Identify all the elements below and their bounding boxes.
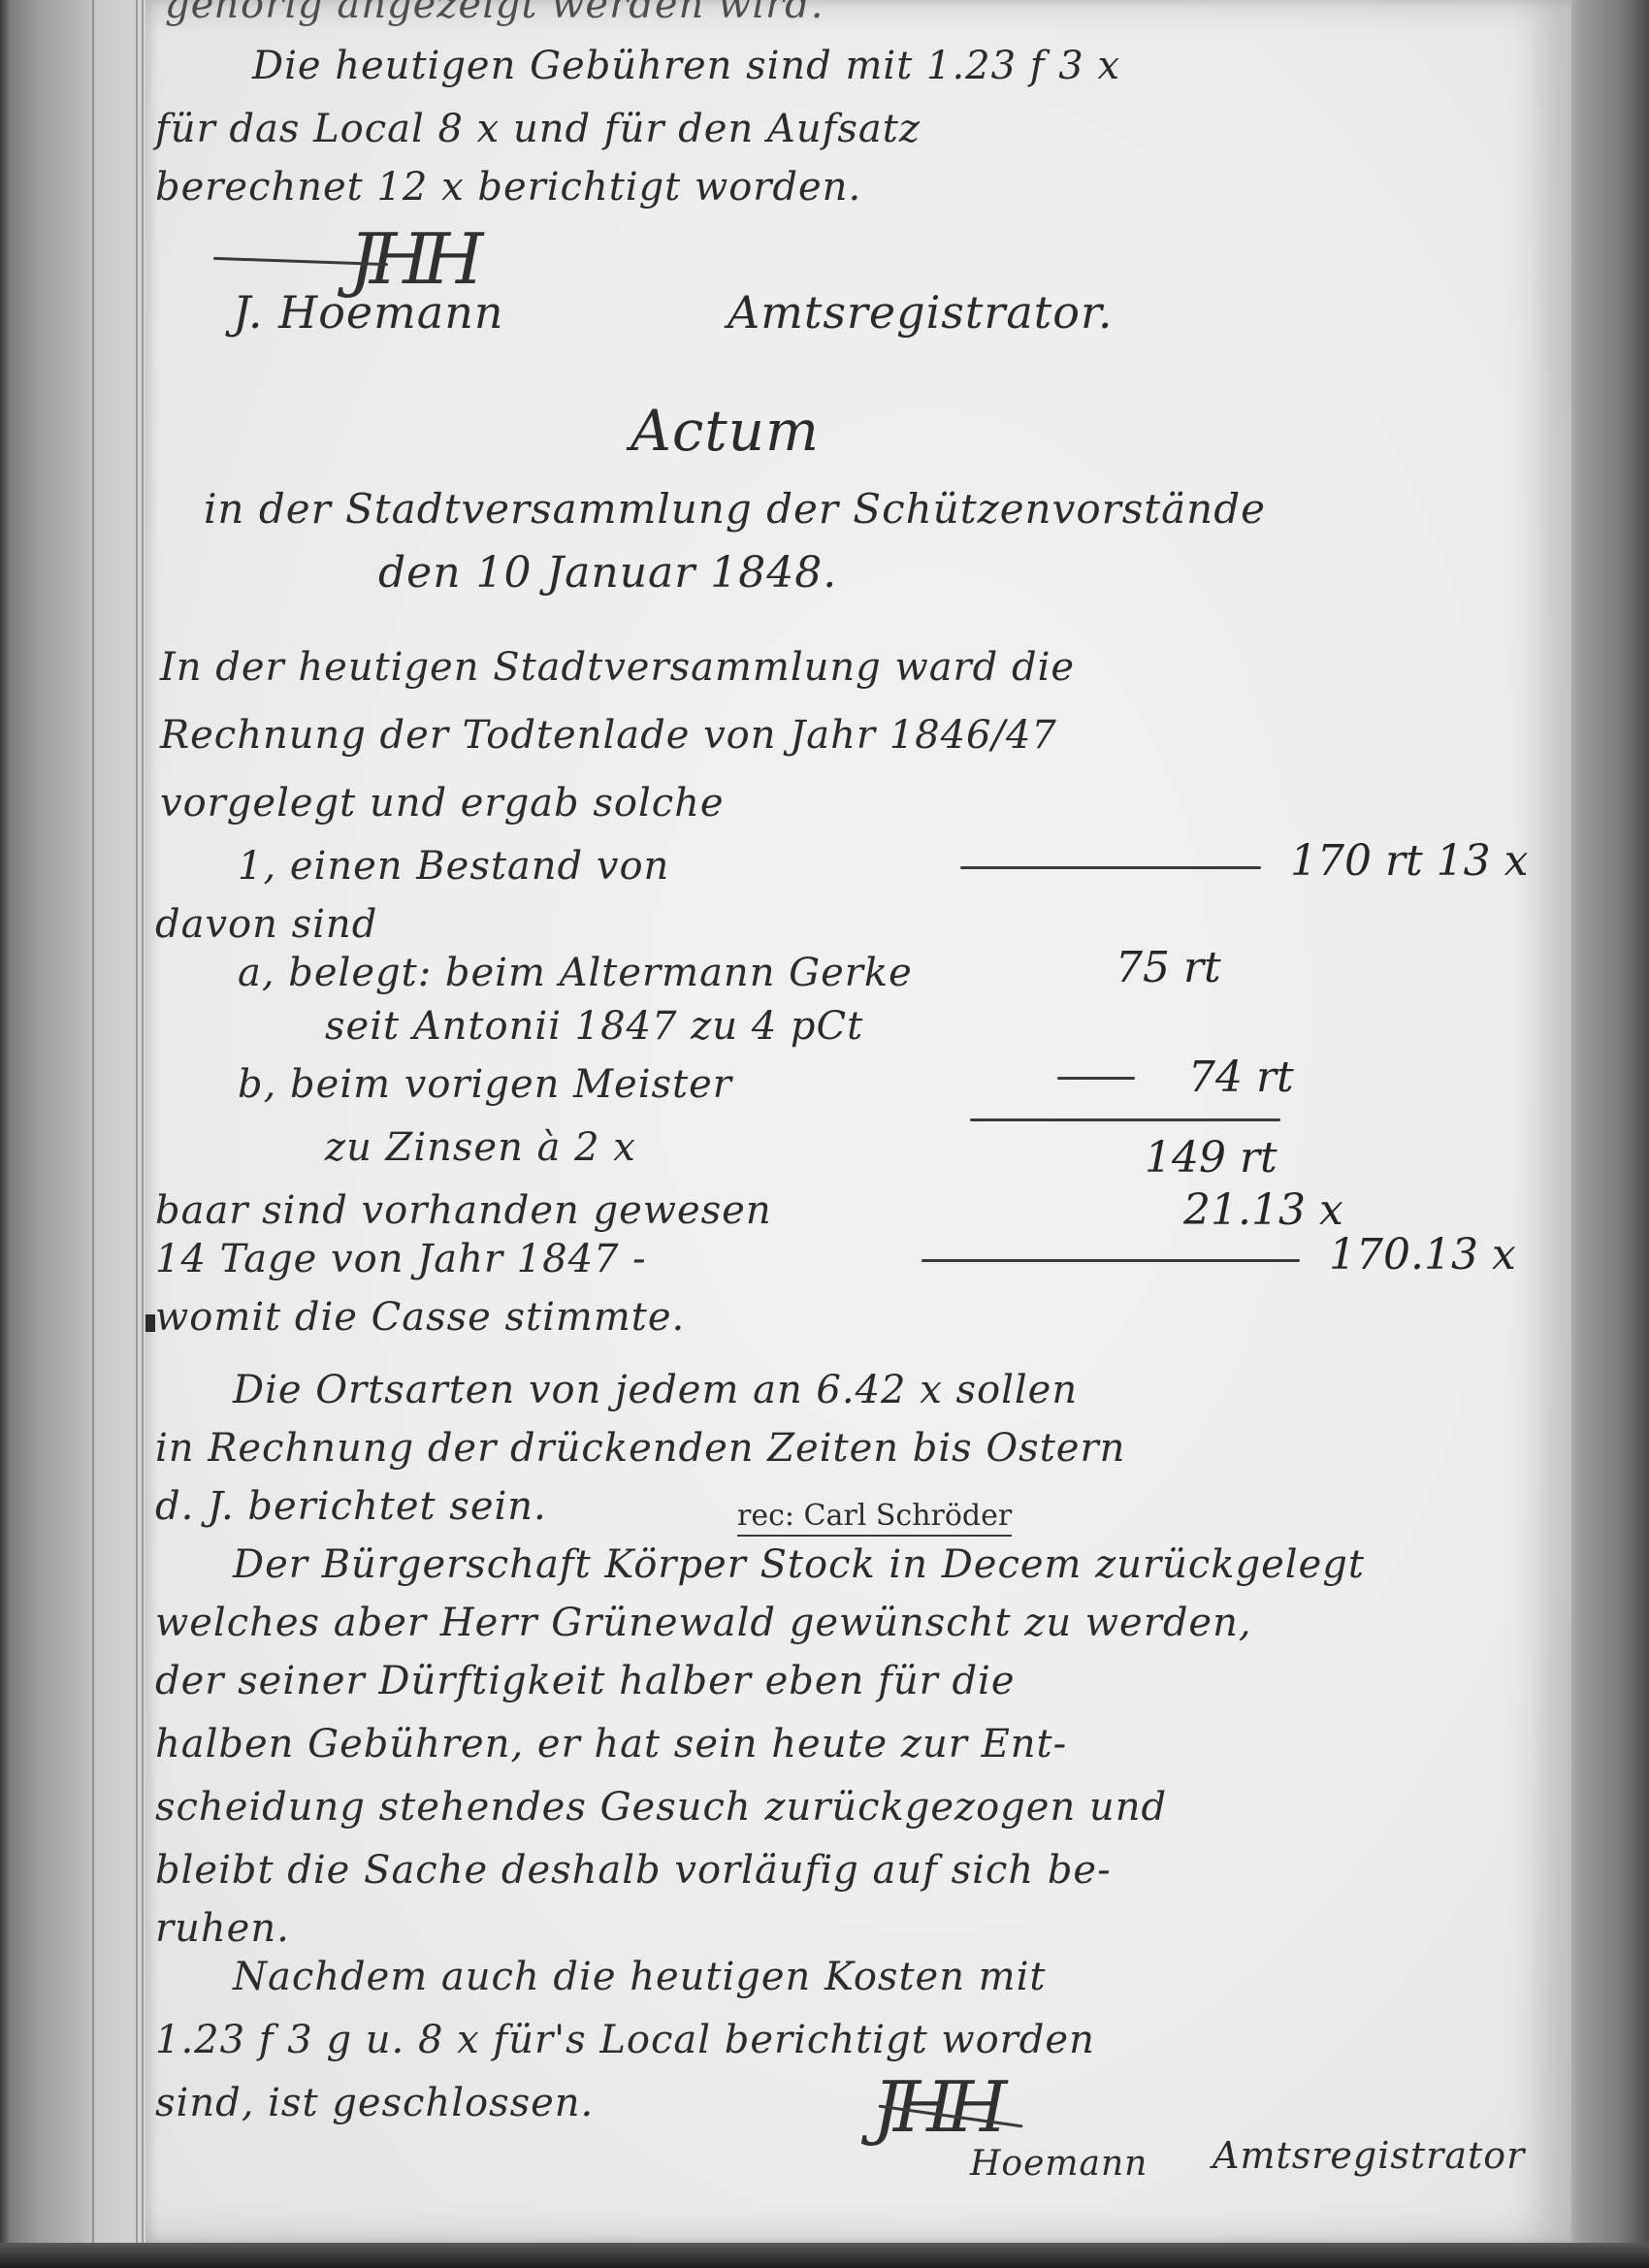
ledger-sum-line	[970, 1118, 1280, 1121]
ledger-item-1-label: 1, einen Bestand von	[238, 844, 669, 889]
binding-gutter-line	[92, 0, 94, 2268]
book-bottom-edge	[0, 2243, 1649, 2268]
body-line: bleibt die Sache deshalb vorläufig auf s…	[155, 1848, 1112, 1893]
signature-title: Amtsregistrator.	[727, 286, 1114, 339]
previous-entry-line: gehörig angezeigt werden wird.	[165, 0, 824, 27]
body-line: 1.23 f 3 g u. 8 x für's Local berichtigt…	[155, 2018, 1095, 2062]
intro-line: In der heutigen Stadtversammlung ward di…	[160, 645, 1075, 690]
entry-subheading: in der Stadtversammlung der Schützenvors…	[204, 485, 1266, 533]
ledger-item-b-label: b, beim vorigen Meister	[238, 1062, 732, 1107]
entry-heading: Actum	[630, 398, 820, 464]
body-line: scheidung stehendes Gesuch zurückgezogen…	[155, 1785, 1167, 1830]
binding-gutter-line	[142, 0, 144, 2268]
body-line: Der Bürgerschaft Körper Stock in Decem z…	[233, 1542, 1365, 1587]
body-line: der seiner Dürftigkeit halber eben für d…	[155, 1659, 1016, 1703]
ledger-item-d-label: 14 Tage von Jahr 1847 -	[155, 1237, 647, 1281]
ledger-davon-label: davon sind	[155, 902, 377, 947]
ledger-leader-line	[960, 866, 1261, 869]
ledger-item-c-amount: 21.13 x	[1183, 1185, 1343, 1235]
body-line: welches aber Herr Grünewald gewünscht zu…	[155, 1601, 1252, 1645]
ledger-item-a-amount: 75 rt	[1115, 943, 1221, 992]
ledger-item-1-amount: 170 rt 13 x	[1290, 836, 1528, 886]
body-line: Die Ortsarten von jedem an 6.42 x sollen	[233, 1368, 1078, 1412]
intro-line: Rechnung der Todtenlade von Jahr 1846/47	[160, 713, 1057, 758]
ledger-leader-line	[1057, 1077, 1135, 1080]
entry-date: den 10 Januar 1848.	[378, 548, 837, 598]
margin-mark	[145, 1314, 155, 1332]
previous-entry-line: Die heutigen Gebühren sind mit 1.23 f 3 …	[252, 44, 1120, 88]
ledger-total: 170.13 x	[1329, 1230, 1516, 1280]
previous-entry-line: berechnet 12 x berichtigt worden.	[155, 165, 861, 210]
previous-entry-line: für das Local 8 x und für den Aufsatz	[155, 107, 921, 151]
ledger-item-c-label: baar sind vorhanden gewesen	[155, 1188, 772, 1233]
body-line: halben Gebühren, er hat sein heute zur E…	[155, 1722, 1067, 1766]
ledger-item-b-amount: 74 rt	[1188, 1053, 1294, 1102]
signature-name: Hoemann	[970, 2144, 1148, 2184]
ledger-item-a-label: a, belegt: beim Altermann Gerke	[238, 951, 913, 995]
body-line: in Rechnung der drückenden Zeiten bis Os…	[155, 1426, 1125, 1471]
ledger-item-a-note: seit Antonii 1847 zu 4 pCt	[325, 1004, 863, 1049]
body-line: sind, ist geschlossen.	[155, 2081, 594, 2125]
body-line: womit die Casse stimmte.	[155, 1295, 685, 1340]
signature-name: J. Hoemann	[233, 286, 503, 339]
binding-gutter-line	[136, 0, 138, 2268]
body-line: Nachdem auch die heutigen Kosten mit	[233, 1955, 1046, 1999]
intro-line: vorgelegt und ergab solche	[160, 781, 725, 826]
insertion-note: rec: Carl Schröder	[737, 1499, 1012, 1537]
ledger-item-b-note: zu Zinsen à 2 x	[325, 1125, 636, 1170]
signature-title: Amtsregistrator	[1212, 2134, 1525, 2177]
ledger-total-line	[921, 1259, 1300, 1262]
body-line: d. J. berichtet sein.	[155, 1484, 547, 1529]
ledger-subtotal: 149 rt	[1145, 1133, 1277, 1183]
body-line: ruhen.	[155, 1906, 290, 1951]
